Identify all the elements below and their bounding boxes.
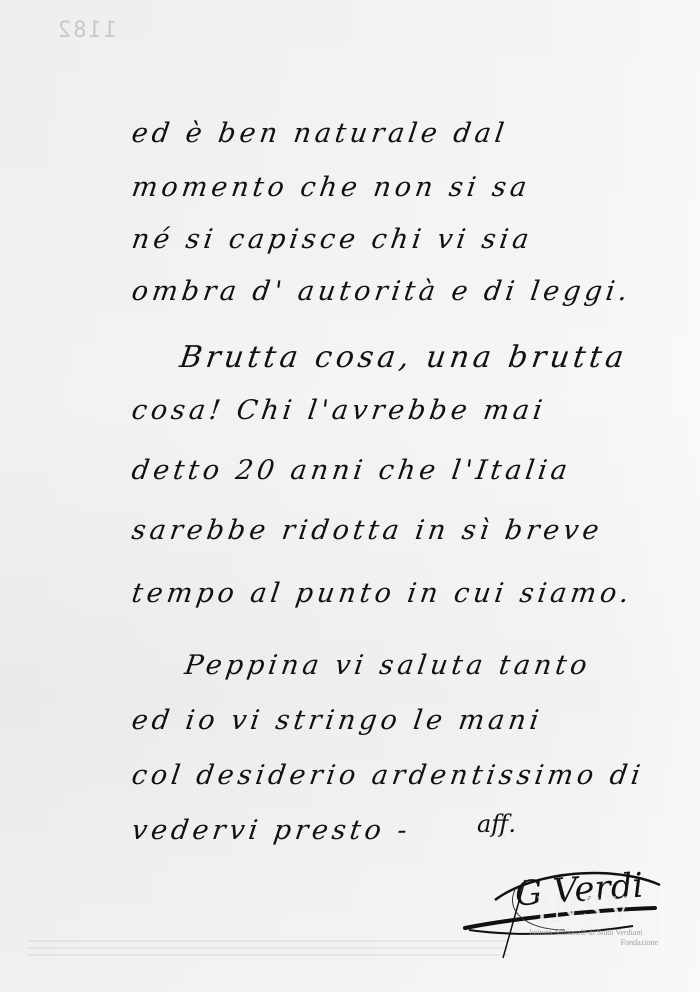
letter-line: momento che non si sa	[130, 172, 533, 203]
letter-line: Peppina vi saluta tanto	[183, 650, 593, 681]
letter-line: col desiderio ardentissimo di	[130, 760, 646, 791]
letter-line: ed io vi stringo le mani	[130, 705, 545, 736]
watermark-subtitle: Fondazione	[510, 938, 662, 948]
bleed-through-text	[28, 940, 508, 960]
watermark-institution: Istituto Nazionale di Studi Verdiani	[510, 928, 662, 938]
letter-line: vedervi presto -	[130, 815, 413, 846]
manuscript-page: 1182 ed è ben naturale dal momento che n…	[0, 0, 700, 992]
letter-line: ombra d' autorità e di leggi.	[130, 276, 634, 307]
closing-salutation: aff.	[477, 810, 516, 838]
letter-line: tempo al punto in cui siamo.	[130, 578, 635, 609]
archive-page-number: 1182	[56, 18, 117, 43]
letter-line: Brutta cosa, una brutta	[178, 340, 630, 375]
watermark-logo: INSV	[510, 888, 662, 928]
letter-line: ed è ben naturale dal	[130, 118, 510, 149]
letter-line: né si capisce chi vi sia	[130, 224, 535, 255]
watermark: INSV Istituto Nazionale di Studi Verdian…	[510, 888, 663, 952]
letter-line: sarebbe ridotta in sì breve	[130, 515, 605, 546]
letter-line: detto 20 anni che l'Italia	[130, 455, 573, 486]
letter-line: cosa! Chi l'avrebbe mai	[130, 395, 548, 426]
